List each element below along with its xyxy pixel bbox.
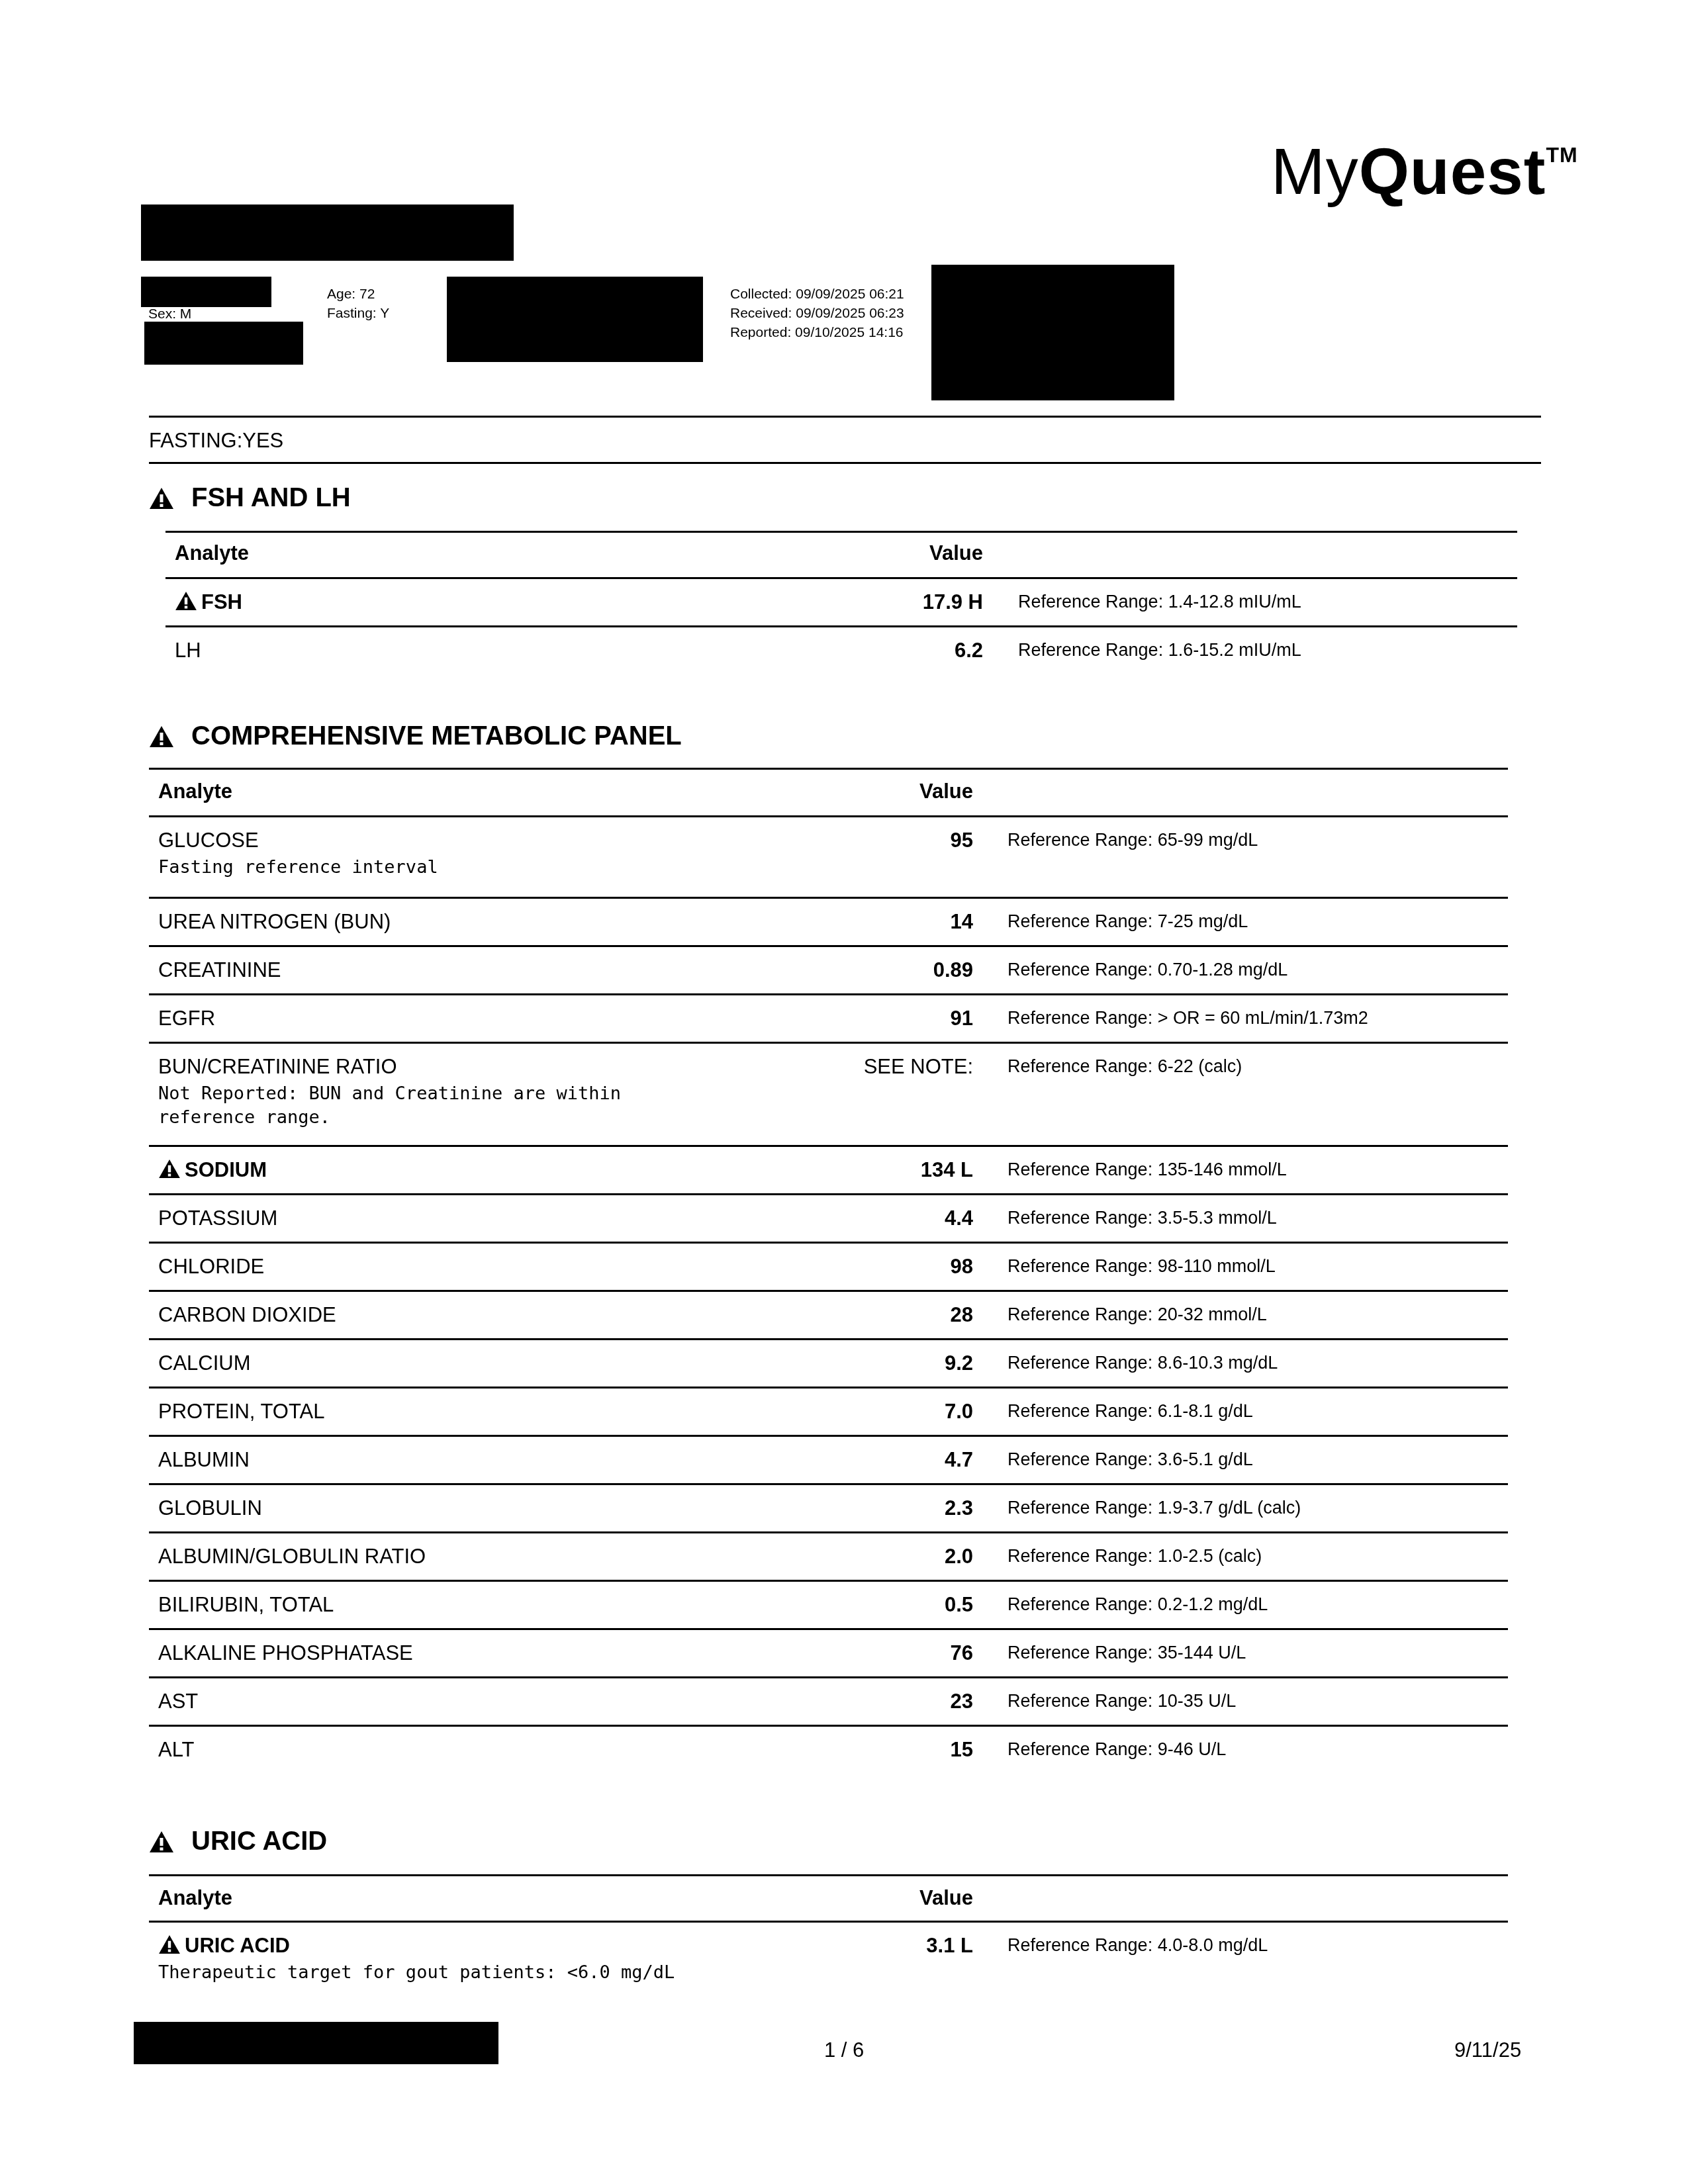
warning-icon <box>158 1934 181 1954</box>
table-row: LH6.2Reference Range: 1.6-15.2 mIU/mL <box>165 627 1517 676</box>
analyte-label: LH <box>175 639 201 662</box>
column-header-value: Value <box>919 1886 973 1910</box>
result-value: 4.7 <box>945 1448 973 1472</box>
result-value: 2.3 <box>945 1496 973 1520</box>
logo-trademark: TM <box>1546 143 1577 167</box>
result-value: 4.4 <box>945 1206 973 1230</box>
reference-range: Reference Range: 4.0-8.0 mg/dL <box>1008 1935 1268 1956</box>
result-value: 9.2 <box>945 1351 973 1375</box>
analyte-name: FSH <box>175 590 242 614</box>
result-value: 14 <box>951 910 973 934</box>
analyte-label: URIC ACID <box>185 1934 290 1957</box>
table-row: UREA NITROGEN (BUN)14Reference Range: 7-… <box>149 899 1508 947</box>
analyte-label: ALKALINE PHOSPHATASE <box>158 1641 413 1664</box>
table-row: SODIUM134 LReference Range: 135-146 mmol… <box>149 1147 1508 1195</box>
reference-range: Reference Range: 0.70-1.28 mg/dL <box>1008 960 1288 980</box>
reference-range: Reference Range: 9-46 U/L <box>1008 1739 1226 1760</box>
analyte-name: EGFR <box>158 1007 215 1030</box>
analyte-name: BUN/CREATININE RATIO <box>158 1055 397 1079</box>
analyte-name: CHLORIDE <box>158 1255 264 1279</box>
analyte-label: FSH <box>201 590 242 614</box>
redacted-field <box>141 277 271 307</box>
analyte-label: CARBON DIOXIDE <box>158 1303 336 1326</box>
reference-range: Reference Range: 20-32 mmol/L <box>1008 1304 1267 1325</box>
result-value: 2.0 <box>945 1545 973 1569</box>
table-row: FSH17.9 HReference Range: 1.4-12.8 mIU/m… <box>165 579 1517 627</box>
column-header-value: Value <box>919 780 973 803</box>
patient-age: Age: 72 <box>327 285 375 304</box>
result-value: 15 <box>951 1738 973 1762</box>
analyte-label: PROTEIN, TOTAL <box>158 1400 325 1423</box>
reported-date: Reported: 09/10/2025 14:16 <box>730 323 904 342</box>
result-value: 0.5 <box>945 1593 973 1617</box>
analyte-name: CALCIUM <box>158 1351 251 1375</box>
column-header-value: Value <box>929 541 983 565</box>
analyte-label: GLOBULIN <box>158 1496 262 1520</box>
result-note: Fasting reference interval <box>158 856 438 880</box>
analyte-name: CARBON DIOXIDE <box>158 1303 336 1327</box>
result-value: 76 <box>951 1641 973 1665</box>
table-row: BILIRUBIN, TOTAL0.5Reference Range: 0.2-… <box>149 1582 1508 1630</box>
warning-icon <box>149 487 174 510</box>
warning-icon <box>158 1159 181 1179</box>
reference-range: Reference Range: 10-35 U/L <box>1008 1691 1236 1711</box>
result-value: 23 <box>951 1690 973 1713</box>
table-row: ALT15Reference Range: 9-46 U/L <box>149 1727 1508 1775</box>
analyte-name: BILIRUBIN, TOTAL <box>158 1593 334 1617</box>
result-note: Not Reported: BUN and Creatinine are wit… <box>158 1082 621 1130</box>
logo-quest: Quest <box>1359 135 1546 208</box>
analyte-name: ALKALINE PHOSPHATASE <box>158 1641 413 1665</box>
print-date: 9/11/25 <box>1454 2038 1521 2062</box>
reference-range: Reference Range: 1.0-2.5 (calc) <box>1008 1546 1262 1567</box>
analyte-label: BUN/CREATININE RATIO <box>158 1055 397 1078</box>
redacted-field <box>931 265 1174 400</box>
reference-range: Reference Range: 35-144 U/L <box>1008 1643 1246 1663</box>
result-value: 98 <box>951 1255 973 1279</box>
collected-date: Collected: 09/09/2025 06:21 <box>730 285 904 304</box>
warning-icon <box>149 725 174 748</box>
table-row: PROTEIN, TOTAL7.0Reference Range: 6.1-8.… <box>149 1388 1508 1437</box>
warning-icon <box>175 591 197 611</box>
table-row: CHLORIDE98Reference Range: 98-110 mmol/L <box>149 1244 1508 1292</box>
analyte-name: SODIUM <box>158 1158 267 1182</box>
table-row: GLUCOSE95Reference Range: 65-99 mg/dLFas… <box>149 817 1508 899</box>
analyte-name: GLOBULIN <box>158 1496 262 1520</box>
redacted-field <box>144 322 303 365</box>
page-number: 1 / 6 <box>824 2038 864 2062</box>
fasting-banner: FASTING:YES <box>149 429 283 453</box>
table-row: GLOBULIN2.3Reference Range: 1.9-3.7 g/dL… <box>149 1485 1508 1533</box>
table-row: CARBON DIOXIDE28Reference Range: 20-32 m… <box>149 1292 1508 1340</box>
table-top-border <box>165 531 1517 533</box>
column-header-analyte: Analyte <box>158 780 232 803</box>
section-title: FSH AND LH <box>149 483 351 513</box>
reference-range: Reference Range: 1.6-15.2 mIU/mL <box>1018 640 1301 660</box>
section-title-text: COMPREHENSIVE METABOLIC PANEL <box>191 721 682 751</box>
reference-range: Reference Range: 0.2-1.2 mg/dL <box>1008 1594 1268 1615</box>
reference-range: Reference Range: 3.6-5.1 g/dL <box>1008 1449 1253 1470</box>
divider <box>149 416 1541 418</box>
analyte-name: POTASSIUM <box>158 1206 277 1230</box>
result-note: Therapeutic target for gout patients: <6… <box>158 1961 675 1985</box>
patient-sex: Sex: M <box>148 304 191 324</box>
analyte-label: CREATININE <box>158 958 281 981</box>
divider <box>149 462 1541 464</box>
reference-range: Reference Range: 6-22 (calc) <box>1008 1056 1242 1077</box>
analyte-name: AST <box>158 1690 198 1713</box>
section-title: COMPREHENSIVE METABOLIC PANEL <box>149 721 682 751</box>
redacted-patient-name <box>141 205 514 261</box>
analyte-name: CREATININE <box>158 958 281 982</box>
analyte-name: ALBUMIN <box>158 1448 250 1472</box>
table-row: URIC ACID3.1 LReference Range: 4.0-8.0 m… <box>149 1923 1508 2002</box>
analyte-label: CHLORIDE <box>158 1255 264 1278</box>
warning-icon <box>149 1831 174 1853</box>
result-value: 0.89 <box>933 958 973 982</box>
result-value: 3.1 L <box>926 1934 973 1958</box>
result-value: 7.0 <box>945 1400 973 1424</box>
reference-range: Reference Range: 65-99 mg/dL <box>1008 830 1258 850</box>
table-row: CREATININE0.89Reference Range: 0.70-1.28… <box>149 947 1508 995</box>
analyte-label: ALBUMIN/GLOBULIN RATIO <box>158 1545 426 1568</box>
analyte-label: GLUCOSE <box>158 829 259 852</box>
reference-range: Reference Range: 6.1-8.1 g/dL <box>1008 1401 1253 1422</box>
myquest-logo: MyQuestTM <box>1271 139 1578 204</box>
result-value: 91 <box>951 1007 973 1030</box>
redacted-field <box>447 277 703 362</box>
table-row: ALBUMIN4.7Reference Range: 3.6-5.1 g/dL <box>149 1437 1508 1485</box>
reference-range: Reference Range: 135-146 mmol/L <box>1008 1160 1287 1180</box>
analyte-name: ALT <box>158 1738 195 1762</box>
analyte-label: CALCIUM <box>158 1351 251 1375</box>
table-row: BUN/CREATININE RATIOSEE NOTE:Reference R… <box>149 1044 1508 1147</box>
column-header-analyte: Analyte <box>175 541 249 565</box>
table-row: AST23Reference Range: 10-35 U/L <box>149 1678 1508 1727</box>
analyte-name: UREA NITROGEN (BUN) <box>158 910 391 934</box>
result-value: 134 L <box>921 1158 973 1182</box>
analyte-label: UREA NITROGEN (BUN) <box>158 910 391 933</box>
patient-fasting: Fasting: Y <box>327 304 389 323</box>
analyte-label: BILIRUBIN, TOTAL <box>158 1593 334 1616</box>
result-value: 17.9 H <box>923 590 983 614</box>
reference-range: Reference Range: 7-25 mg/dL <box>1008 911 1248 932</box>
logo-my: My <box>1271 135 1359 208</box>
reference-range: Reference Range: 3.5-5.3 mmol/L <box>1008 1208 1277 1228</box>
result-value: 28 <box>951 1303 973 1327</box>
table-row: POTASSIUM4.4Reference Range: 3.5-5.3 mmo… <box>149 1195 1508 1244</box>
table-top-border <box>149 1874 1508 1876</box>
reference-range: Reference Range: 98-110 mmol/L <box>1008 1256 1276 1277</box>
result-value: SEE NOTE: <box>864 1055 973 1079</box>
section-title: URIC ACID <box>149 1827 327 1856</box>
analyte-label: ALBUMIN <box>158 1448 250 1471</box>
analyte-name: PROTEIN, TOTAL <box>158 1400 325 1424</box>
table-row: ALKALINE PHOSPHATASE76Reference Range: 3… <box>149 1630 1508 1678</box>
reference-range: Reference Range: 1.9-3.7 g/dL (calc) <box>1008 1498 1301 1518</box>
table-top-border <box>149 768 1508 770</box>
analyte-label: AST <box>158 1690 198 1713</box>
result-value: 6.2 <box>955 639 983 662</box>
result-value: 95 <box>951 829 973 852</box>
table-row: EGFR91Reference Range: > OR = 60 mL/min/… <box>149 995 1508 1044</box>
analyte-label: POTASSIUM <box>158 1206 277 1230</box>
reference-range: Reference Range: > OR = 60 mL/min/1.73m2 <box>1008 1008 1368 1028</box>
table-row: ALBUMIN/GLOBULIN RATIO2.0Reference Range… <box>149 1533 1508 1582</box>
reference-range: Reference Range: 1.4-12.8 mIU/mL <box>1018 592 1301 612</box>
analyte-label: SODIUM <box>185 1158 267 1181</box>
analyte-label: EGFR <box>158 1007 215 1030</box>
table-row: CALCIUM9.2Reference Range: 8.6-10.3 mg/d… <box>149 1340 1508 1388</box>
section-title-text: URIC ACID <box>191 1827 327 1856</box>
section-title-text: FSH AND LH <box>191 483 351 513</box>
analyte-name: ALBUMIN/GLOBULIN RATIO <box>158 1545 426 1569</box>
analyte-name: GLUCOSE <box>158 829 259 852</box>
analyte-name: LH <box>175 639 201 662</box>
redacted-footer-name <box>134 2022 498 2064</box>
reference-range: Reference Range: 8.6-10.3 mg/dL <box>1008 1353 1278 1373</box>
analyte-name: URIC ACID <box>158 1934 290 1958</box>
received-date: Received: 09/09/2025 06:23 <box>730 304 904 323</box>
column-header-analyte: Analyte <box>158 1886 232 1910</box>
analyte-label: ALT <box>158 1738 195 1761</box>
